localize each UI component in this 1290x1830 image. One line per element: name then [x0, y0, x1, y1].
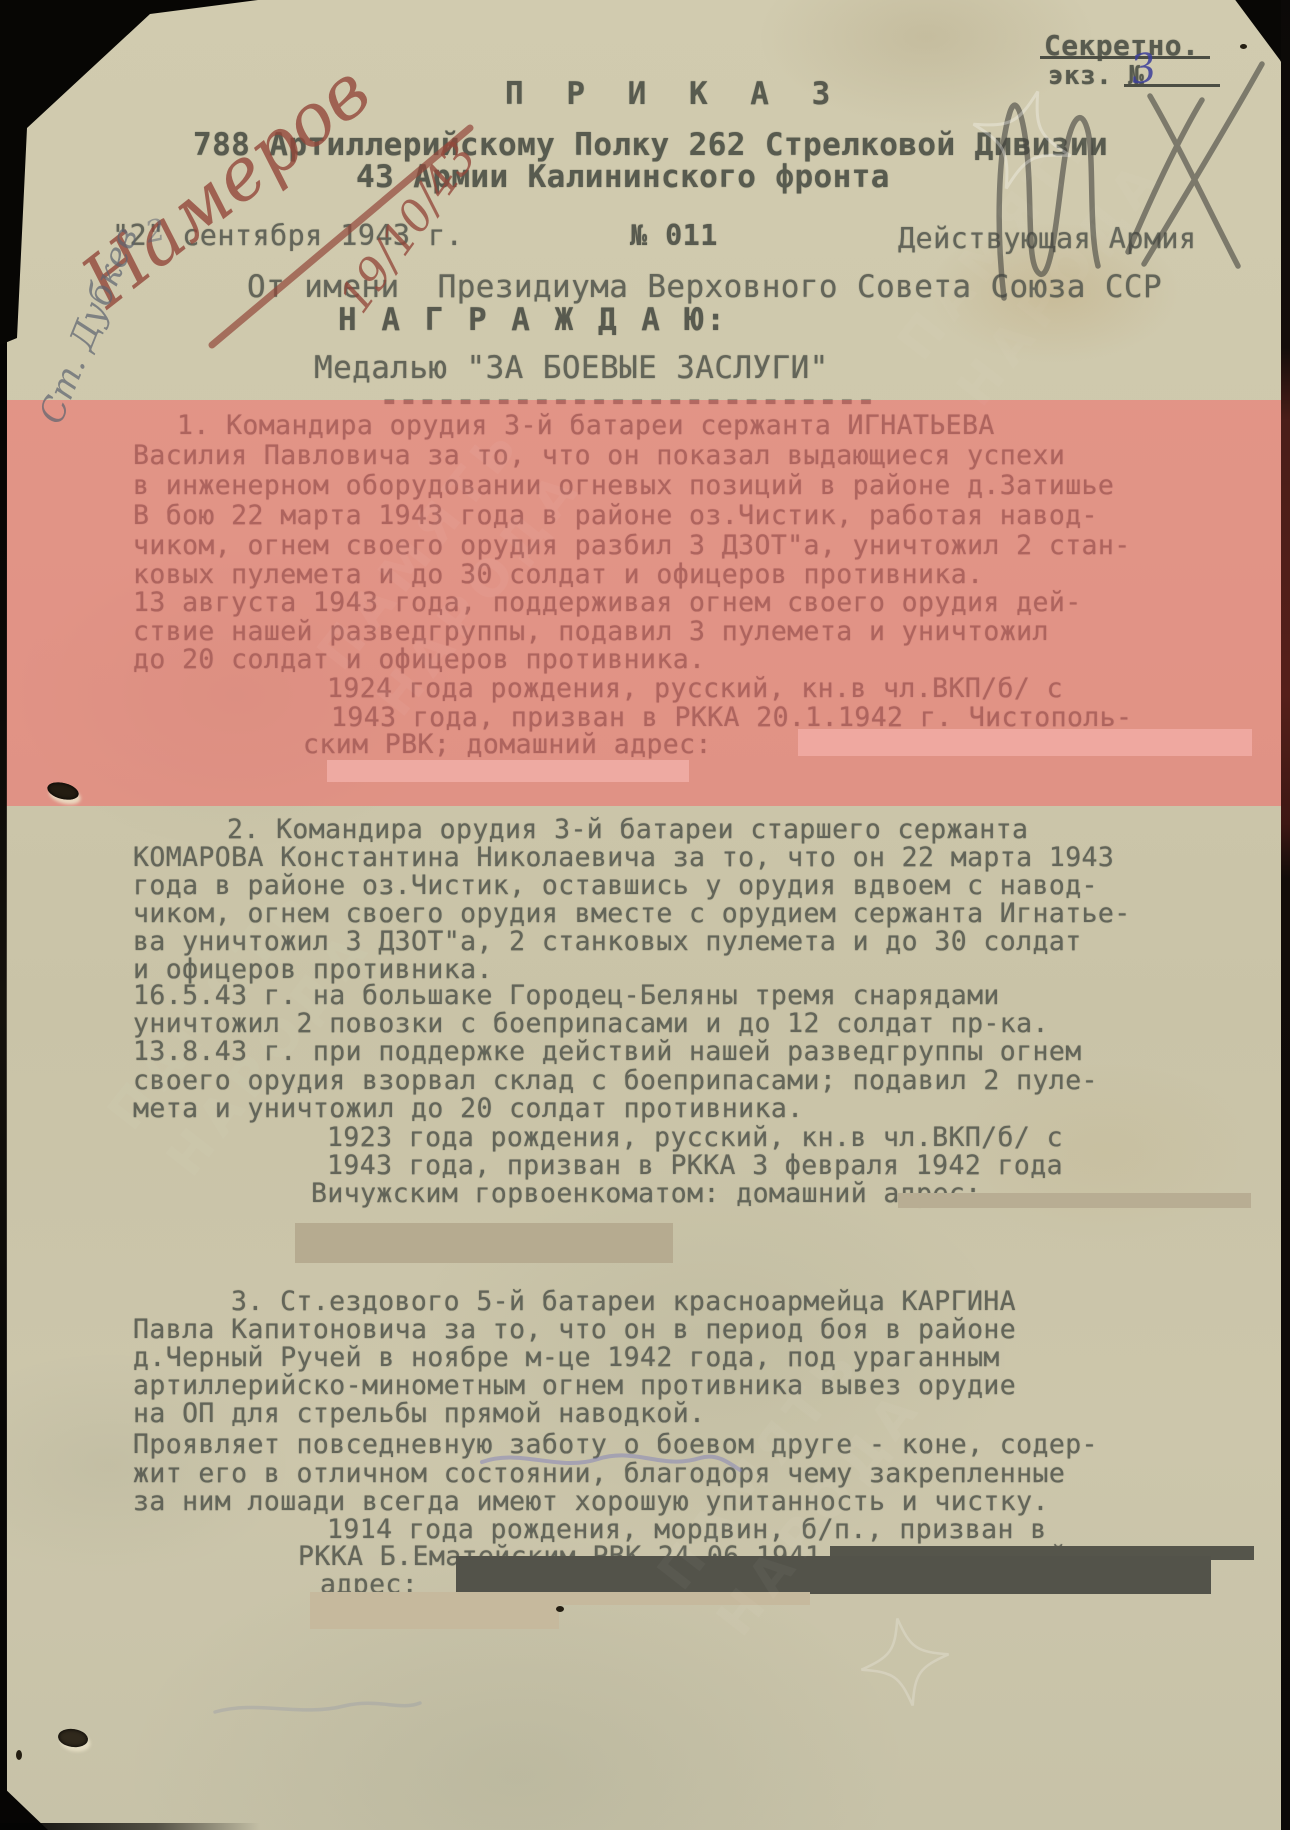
typed-line: мета и уничтожил до 20 солдат противника…: [133, 1094, 804, 1124]
secret-underline: [1040, 56, 1210, 59]
redaction-address-2b: [295, 1223, 673, 1263]
paper-speck: [556, 1606, 564, 1612]
typed-line: на ОП для стрельбы прямой наводкой.: [133, 1399, 705, 1429]
typed-line: КОМАРОВА Константина Николаевича за то, …: [133, 843, 1114, 873]
typed-line: д.Черный Ручей в ноябре м-це 1942 года, …: [133, 1343, 1000, 1373]
typed-line: за ним лошади всегда имеют хорошую упита…: [133, 1487, 1049, 1517]
typed-line: 1923 года рождения, русский, кн.в чл.ВКП…: [327, 1123, 1063, 1153]
redaction-address-1b: [327, 760, 689, 782]
typed-line: уничтожил 2 повозки с боеприпасами и до …: [133, 1009, 1049, 1039]
typed-line: Павла Капитоновича за то, что он в перио…: [133, 1315, 1016, 1345]
typed-line: своего орудия взорвал склад с боеприпаса…: [133, 1066, 1098, 1096]
typed-line: чиком, огнем своего орудия вместе с оруд…: [133, 899, 1131, 929]
paper-speck: [1240, 44, 1247, 49]
typed-line: Проявляет повседневную заботу о боевом д…: [133, 1430, 1098, 1460]
typed-line: 16.5.43 г. на большаке Городец-Беляны тр…: [133, 981, 1000, 1011]
typed-line: жит его в отличном состоянии, благодоря …: [133, 1459, 1065, 1489]
typed-line: ва уничтожил 3 ДЗОТ"а, 2 станковых пулем…: [133, 927, 1082, 957]
document-title: П Р И К А З: [505, 77, 842, 112]
redaction-address-3-tan2: [310, 1603, 559, 1629]
typed-line: года в районе оз.Чистик, оставшись у ору…: [133, 871, 1098, 901]
paper-speck: [16, 1750, 22, 1760]
redaction-address-2: [898, 1193, 1251, 1208]
redaction-address-3: [456, 1556, 1211, 1594]
typed-line: 13.8.43 г. при поддержке действий нашей …: [133, 1037, 1082, 1067]
redaction-address-1: [798, 729, 1252, 756]
scanned-document-page: { "document_type": "scanned military ord…: [0, 0, 1290, 1830]
typed-line: 2. Командира орудия 3-й батареи старшего…: [227, 815, 1028, 845]
typed-line: Вичужским горвоенкоматом: домашний адрес…: [311, 1179, 982, 1209]
order-number: № 011: [630, 220, 718, 252]
army-status: Действующая Армия: [898, 223, 1197, 255]
typed-line: 1943 года, призван в РККА 3 февраля 1942…: [327, 1151, 1063, 1181]
award-verb: Н А Г Р А Ж Д А Ю:: [338, 303, 728, 338]
medal-line: Медалью "ЗА БОЕВЫЕ ЗАСЛУГИ": [314, 351, 829, 386]
typed-line: артиллерийско-минометным огнем противник…: [133, 1371, 1016, 1401]
typed-line: 3. Ст.ездового 5-й батареи красноармейца…: [231, 1287, 1016, 1317]
